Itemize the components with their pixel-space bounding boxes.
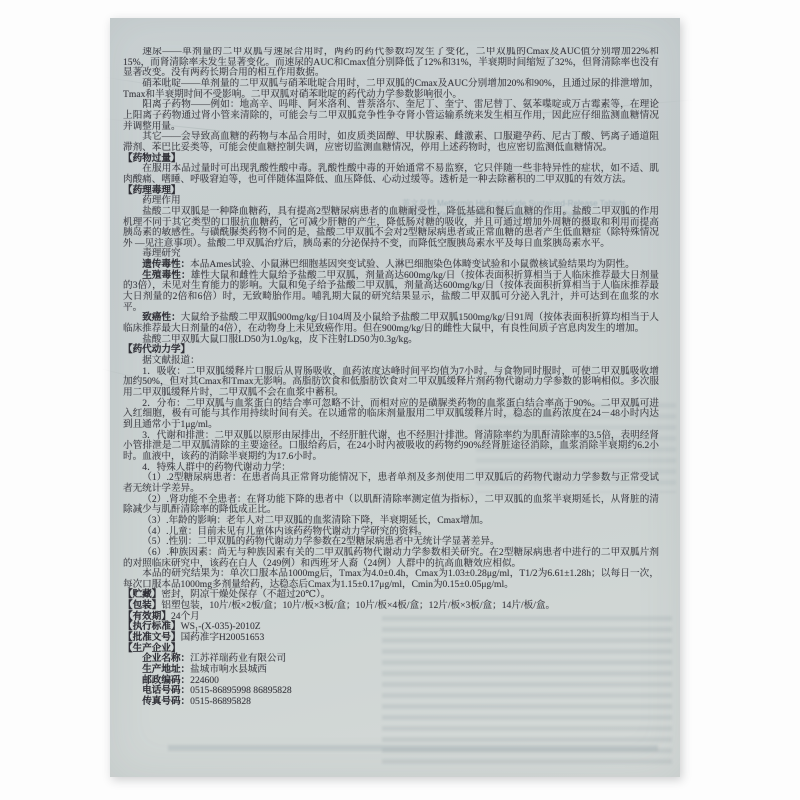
field-text: 1．吸收：二甲双胍缓释片口服后从胃肠吸收，血药浓度达峰时间平均值为7小时。与食物…: [123, 366, 659, 398]
field-text: 本品Ames试验、小鼠淋巴细胞基因突变试验、人淋巴细胞染色体畸变试验和小鼠微核试…: [190, 259, 635, 270]
field-text: 0515-86895828: [190, 696, 251, 707]
field-text: 盐城市响水县城西: [190, 664, 267, 675]
field-label: 【药代动力学】: [123, 344, 190, 355]
field-label: 【包装】: [123, 600, 161, 611]
field-text: WS₁-(X-035)-2010Z: [181, 621, 261, 632]
field-text: 大鼠给予盐酸二甲双胍900mg/kg/日104周及小鼠给予盐酸二甲双胍1500m…: [123, 312, 659, 334]
field-text: 4．特殊人群中的药物代谢动力学：: [142, 462, 291, 473]
field-text: 雄性大鼠和雌性大鼠给予盐酸二甲双胍，剂量高达600mg/kg/日（按体表面积折算…: [123, 270, 659, 313]
field-label: 电话号码：: [142, 685, 190, 696]
field-text: （1）.2型糖尿病患者：在患者尚具正常肾功能情况下，患者单剂及多剂使用二甲双胍后…: [123, 472, 659, 494]
field-text: （2）.肾功能不全患者：在肾功能下降的患者中（以肌酐清除率测定值为指标），二甲双…: [123, 494, 659, 516]
paragraph: 致癌性：大鼠给予盐酸二甲双胍900mg/kg/日104周及小鼠给予盐酸二甲双胍1…: [123, 313, 659, 334]
field-text: 铝塑包装，10片/板×2板/盒；10片/板×3板/盒；10片/板×4板/盒；12…: [161, 600, 555, 611]
field-text: 硝苯吡啶——单剂量的二甲双胍与硝苯吡啶合用时，二甲双胍的Cmax及AUC分别增加…: [123, 78, 659, 100]
field-text: 毒理研究: [142, 248, 180, 259]
paragraph: 本品的研究结果为：单次口服本品1000mg后，Tmax为4.0±0.4h，Cma…: [123, 569, 659, 590]
field-label: 生产地址：: [142, 664, 190, 675]
field-text: 在服用本品过量时可出现乳酸性酸中毒。乳酸性酸中毒的开始通常不易监察，它只伴随一些…: [123, 163, 659, 185]
paragraph: （1）.2型糖尿病患者：在患者尚具正常肾功能情况下，患者单剂及多剂使用二甲双胍后…: [123, 473, 659, 494]
paragraph: 盐酸二甲双胍是一种降血糖药，具有提高2型糖尿病患者的血糖耐受性，降低基础和餐后血…: [123, 207, 659, 250]
paragraph: 硝苯吡啶——单剂量的二甲双胍与硝苯吡啶合用时，二甲双胍的Cmax及AUC分别增加…: [123, 79, 659, 100]
paragraph: 阳离子药物——例如：地高辛、吗啡、阿米洛利、普萘洛尔、奎尼丁、奎宁、雷尼替丁、氨…: [123, 100, 659, 132]
field-text: （6）.种族因素：尚无与种族因素有关的二甲双胍药物代谢动力学参数相关研究。在2型…: [123, 547, 659, 569]
paragraph: 生殖毒性：雄性大鼠和雌性大鼠给予盐酸二甲双胍，剂量高达600mg/kg/日（按体…: [123, 271, 659, 314]
field-text: 阳离子药物——例如：地高辛、吗啡、阿米洛利、普萘洛尔、奎尼丁、奎宁、雷尼替丁、氨…: [123, 99, 659, 131]
field-text: 其它——会导致高血糖的药物与本品合用时，如皮质类固醇、甲状腺素、雌激素、口服避孕…: [123, 131, 659, 153]
field-label: 致癌性：: [142, 312, 181, 323]
paragraph: 其它——会导致高血糖的药物与本品合用时，如皮质类固醇、甲状腺素、雌激素、口服避孕…: [123, 132, 659, 153]
field-text: 药理作用: [142, 195, 180, 206]
field-label: 遗传毒性：: [142, 259, 190, 270]
field-text: 据文献报道：: [142, 355, 200, 366]
field-label: 【药理毒理】: [123, 185, 181, 196]
section-header: 【药代动力学】: [123, 345, 659, 356]
paragraph: 在服用本品过量时可出现乳酸性酸中毒。乳酸性酸中毒的开始通常不易监察，它只伴随一些…: [123, 164, 659, 185]
field-text: （3）.年龄的影响：老年人对二甲双胍的血浆清除下降，半衰期延长，Cmax增加。: [142, 515, 489, 526]
document-page: 英文名称 Metformin Hydrochloride Sustained-R…: [110, 18, 680, 777]
field-text: （5）.性别：二甲双胍的药物代谢动力学参数在2型糖尿病患者中无统计学显著差异。: [142, 536, 499, 547]
paragraph: 3．代谢和排泄：二甲双胍以原形由尿排出，不经肝脏代谢，也不经胆汁排泄。肾清除率约…: [123, 431, 659, 463]
field-label: 【执行标准】: [123, 621, 181, 632]
field-text: （4）.儿童：目前未见有儿童体内该药药物代谢动力学研究的资料。: [142, 526, 427, 537]
paragraph: 1．吸收：二甲双胍缓释片口服后从胃肠吸收，血药浓度达峰时间平均值为7小时。与食物…: [123, 367, 659, 399]
paragraph: 盐酸二甲双胍大鼠口服LD50为1.0g/kg，皮下注射LD50为0.3g/kg。: [123, 335, 659, 346]
field-label: 【批准文号】: [123, 632, 181, 643]
photo-background: 英文名称 Metformin Hydrochloride Sustained-R…: [0, 0, 800, 800]
paragraph: 速尿——单剂量的二甲双胍与速尿合用时，两药的药代参数均发生了变化，二甲双胍的Cm…: [123, 47, 659, 79]
field-label: 传真号码：: [142, 696, 190, 707]
field-line: 【包装】铝塑包装，10片/板×2板/盒；10片/板×3板/盒；10片/板×4板/…: [123, 601, 659, 612]
document-text: 速尿——单剂量的二甲双胍与速尿合用时，两药的药代参数均发生了变化，二甲双胍的Cm…: [123, 47, 659, 765]
field-text: 速尿——单剂量的二甲双胍与速尿合用时，两药的药代参数均发生了变化，二甲双胍的Cm…: [123, 47, 659, 78]
field-text: 国药准字H20051653: [181, 632, 265, 643]
field-text: 3．代谢和排泄：二甲双胍以原形由尿排出，不经肝脏代谢，也不经胆汁排泄。肾清除率约…: [123, 430, 659, 462]
section-header: 【药理毒理】: [123, 186, 659, 197]
field-text: 2．分布：二甲双胍与血浆蛋白的结合率可忽略不计，而相对应的是磺脲类药物的血浆蛋白…: [123, 398, 659, 430]
paragraph: （2）.肾功能不全患者：在肾功能下降的患者中（以肌酐清除率测定值为指标），二甲双…: [123, 495, 659, 516]
field-label: 【药物过量】: [123, 153, 181, 164]
field-text: 0515-86895998 86895828: [190, 685, 292, 696]
field-label: 【贮藏】: [123, 589, 161, 600]
paragraph: （6）.种族因素：尚无与种族因素有关的二甲双胍药物代谢动力学参数相关研究。在2型…: [123, 548, 659, 569]
field-text: 盐酸二甲双胍是一种降血糖药，具有提高2型糖尿病患者的血糖耐受性，降低基础和餐后血…: [123, 206, 659, 249]
field-line: 传真号码：0515-86895828: [123, 697, 659, 708]
paragraph: 2．分布：二甲双胍与血浆蛋白的结合率可忽略不计，而相对应的是磺脲类药物的血浆蛋白…: [123, 399, 659, 431]
field-line: 【批准文号】国药准字H20051653: [123, 633, 659, 644]
field-text: 密封，阴凉干燥处保存（不超过20℃）。: [161, 589, 330, 600]
field-label: 企业名称：: [142, 653, 190, 664]
field-text: 本品的研究结果为：单次口服本品1000mg后，Tmax为4.0±0.4h，Cma…: [123, 568, 659, 590]
field-text: 江苏祥瑞药业有限公司: [190, 653, 286, 664]
